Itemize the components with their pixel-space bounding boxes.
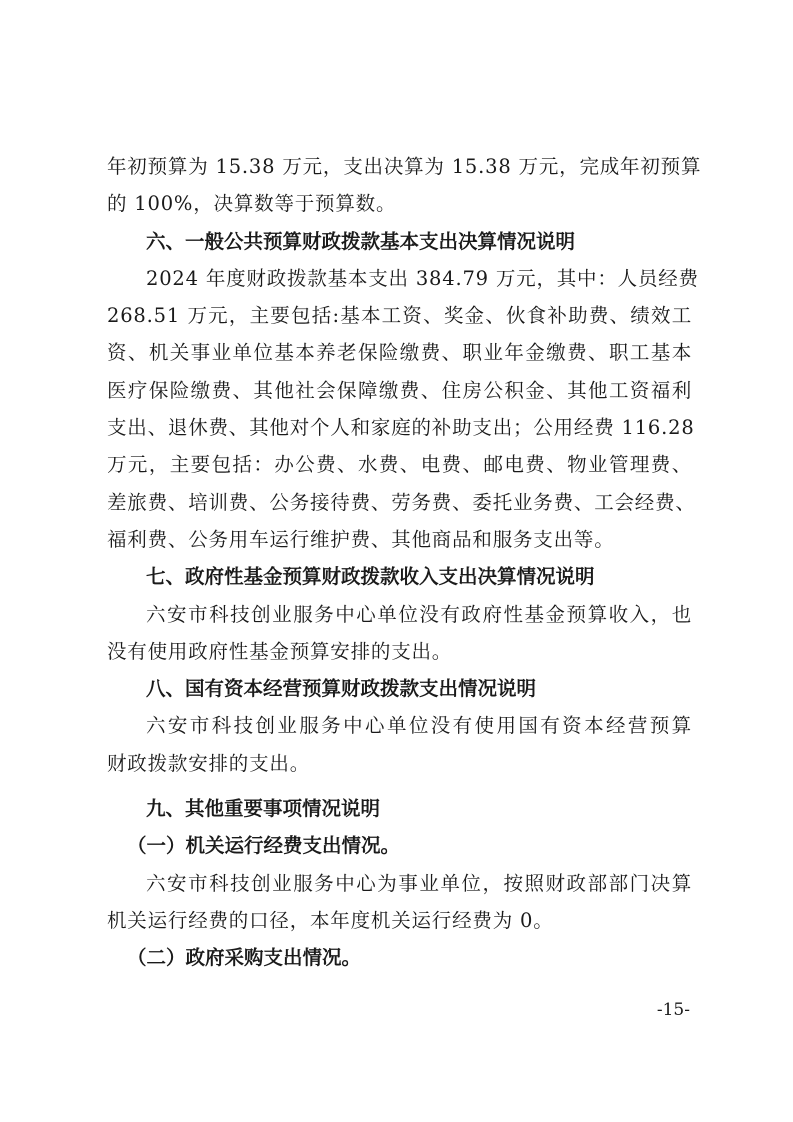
paragraph-line: 机关运行经费的口径，本年度机关运行经费为 0。 <box>107 902 692 939</box>
subsection-heading-1: （一）机关运行经费支出情况。 <box>107 827 692 864</box>
section-heading-7: 七、政府性基金预算财政拨款收入支出决算情况说明 <box>107 558 692 595</box>
section-heading-6: 六、一般公共预算财政拨款基本支出决算情况说明 <box>107 223 692 260</box>
paragraph-line: 2024 年度财政拨款基本支出 384.79 万元，其中：人员经费 <box>107 260 692 297</box>
section-heading-9: 九、其他重要事项情况说明 <box>107 790 692 827</box>
paragraph-line: 六安市科技创业服务中心单位没有政府性基金预算收入，也 <box>107 596 692 633</box>
paragraph-line: 医疗保险缴费、其他社会保障缴费、住房公积金、其他工资福利 <box>107 372 692 409</box>
paragraph-line: 资、机关事业单位基本养老保险缴费、职业年金缴费、职工基本 <box>107 334 692 371</box>
paragraph-line: 没有使用政府性基金预算安排的支出。 <box>107 633 692 670</box>
paragraph-line: 年初预算为 15.38 万元，支出决算为 15.38 万元，完成年初预算 <box>107 148 692 185</box>
paragraph-line: 六安市科技创业服务中心单位没有使用国有资本经营预算 <box>107 707 692 744</box>
document-page: 年初预算为 15.38 万元，支出决算为 15.38 万元，完成年初预算 的 1… <box>107 148 692 977</box>
paragraph-line: 财政拨款安排的支出。 <box>107 745 692 782</box>
subsection-heading-2: （二）政府采购支出情况。 <box>107 939 692 976</box>
paragraph-line: 六安市科技创业服务中心为事业单位，按照财政部部门决算 <box>107 865 692 902</box>
section-heading-8: 八、国有资本经营预算财政拨款支出情况说明 <box>107 670 692 707</box>
paragraph-line: 差旅费、培训费、公务接待费、劳务费、委托业务费、工会经费、 <box>107 484 692 521</box>
paragraph-line: 福利费、公务用车运行维护费、其他商品和服务支出等。 <box>107 521 692 558</box>
paragraph-line: 万元，主要包括：办公费、水费、电费、邮电费、物业管理费、 <box>107 446 692 483</box>
page-number: -15- <box>657 1000 690 1020</box>
paragraph-line: 268.51 万元，主要包括:基本工资、奖金、伙食补助费、绩效工 <box>107 297 692 334</box>
paragraph-line: 的 100%，决算数等于预算数。 <box>107 185 692 222</box>
paragraph-line: 支出、退休费、其他对个人和家庭的补助支出；公用经费 116.28 <box>107 409 692 446</box>
